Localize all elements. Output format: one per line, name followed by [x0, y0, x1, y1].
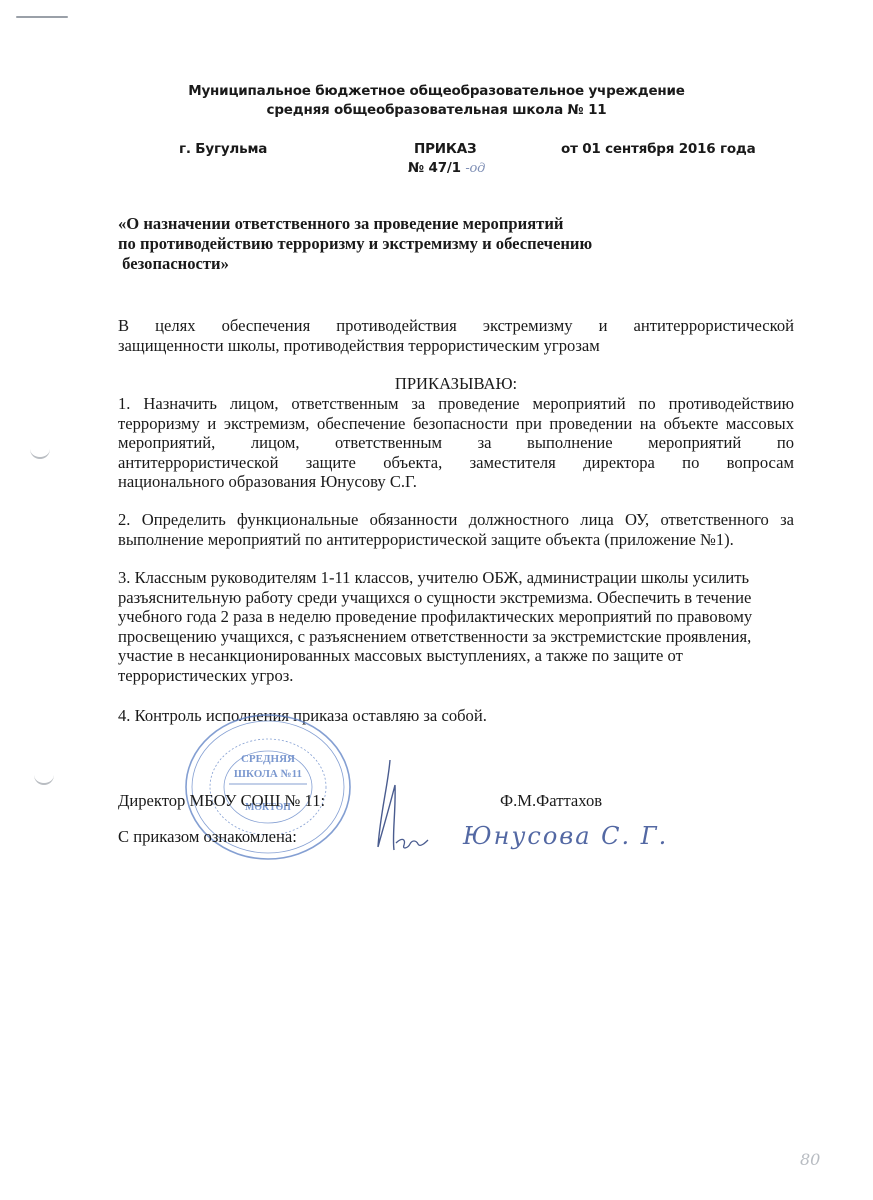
order-item-line: учебного года 2 раза в неделю проведение… — [118, 607, 794, 627]
punch-hole-mark — [30, 447, 50, 459]
order-item-1: 1. Назначить лицом, ответственным за про… — [118, 394, 794, 492]
director-label: Директор МБОУ СОШ № 11: — [118, 791, 325, 811]
order-item-line: антитеррористической защите объекта, зам… — [118, 453, 794, 473]
order-item-3: 3. Классным руководителям 1-11 классов, … — [118, 568, 794, 685]
svg-text:СРЕДНЯЯ: СРЕДНЯЯ — [241, 753, 295, 765]
acknowledged-signature: Юнусова С. Г. — [463, 822, 668, 850]
document-number: № 47/1 -од — [408, 160, 485, 176]
organization-name-line2: средняя общеобразовательная школа № 11 — [0, 102, 873, 118]
svg-text:ШКОЛА №11: ШКОЛА №11 — [234, 768, 302, 780]
order-item-line: национального образования Юнусову С.Г. — [118, 472, 794, 492]
order-title-line: по противодействию терроризму и экстреми… — [118, 234, 592, 254]
order-item-line: терроризму и экстремизм, обеспечение без… — [118, 414, 794, 434]
punch-hole-mark — [34, 773, 54, 785]
document-number-printed: № 47/1 — [408, 160, 461, 176]
order-item-line: мероприятий, лицом, ответственным за вып… — [118, 433, 794, 453]
order-word: ПРИКАЗЫВАЮ: — [118, 374, 794, 394]
order-item-line: выполнение мероприятий по антитеррористи… — [118, 530, 794, 550]
order-item-line: участие в несанкционированных массовых в… — [118, 646, 794, 666]
order-item-line: 1. Назначить лицом, ответственным за про… — [118, 394, 794, 414]
preamble-line: защищенности школы, противодействия терр… — [118, 336, 794, 356]
order-item-2: 2. Определить функциональные обязанности… — [118, 510, 794, 549]
director-signature-icon — [350, 755, 460, 855]
order-item-line: разъяснительную работу среди учащихся о … — [118, 588, 794, 608]
document-number-handwritten: -од — [465, 161, 485, 176]
acknowledged-label: С приказом ознакомлена: — [118, 827, 297, 847]
order-title-line: безопасности» — [118, 254, 592, 274]
page-number-handwritten: 80 — [800, 1150, 820, 1169]
preamble: В целях обеспечения противодействия экст… — [118, 316, 794, 355]
order-title-line: «О назначении ответственного за проведен… — [118, 214, 592, 234]
document-date: от 01 сентября 2016 года — [561, 141, 756, 157]
scan-edge-mark — [16, 16, 68, 18]
order-title: «О назначении ответственного за проведен… — [118, 214, 592, 274]
director-name: Ф.М.Фаттахов — [500, 791, 602, 811]
preamble-line: В целях обеспечения противодействия экст… — [118, 316, 794, 336]
order-item-line: террористических угроз. — [118, 666, 794, 686]
order-item-line: 2. Определить функциональные обязанности… — [118, 510, 794, 530]
organization-name-line1: Муниципальное бюджетное общеобразователь… — [0, 83, 873, 99]
document-page: Муниципальное бюджетное общеобразователь… — [0, 0, 873, 1200]
order-item-line: 3. Классным руководителям 1-11 классов, … — [118, 568, 794, 588]
order-item-line: просвещению учащихся, с разъяснением отв… — [118, 627, 794, 647]
city: г. Бугульма — [179, 141, 267, 157]
document-type: ПРИКАЗ — [414, 141, 476, 157]
